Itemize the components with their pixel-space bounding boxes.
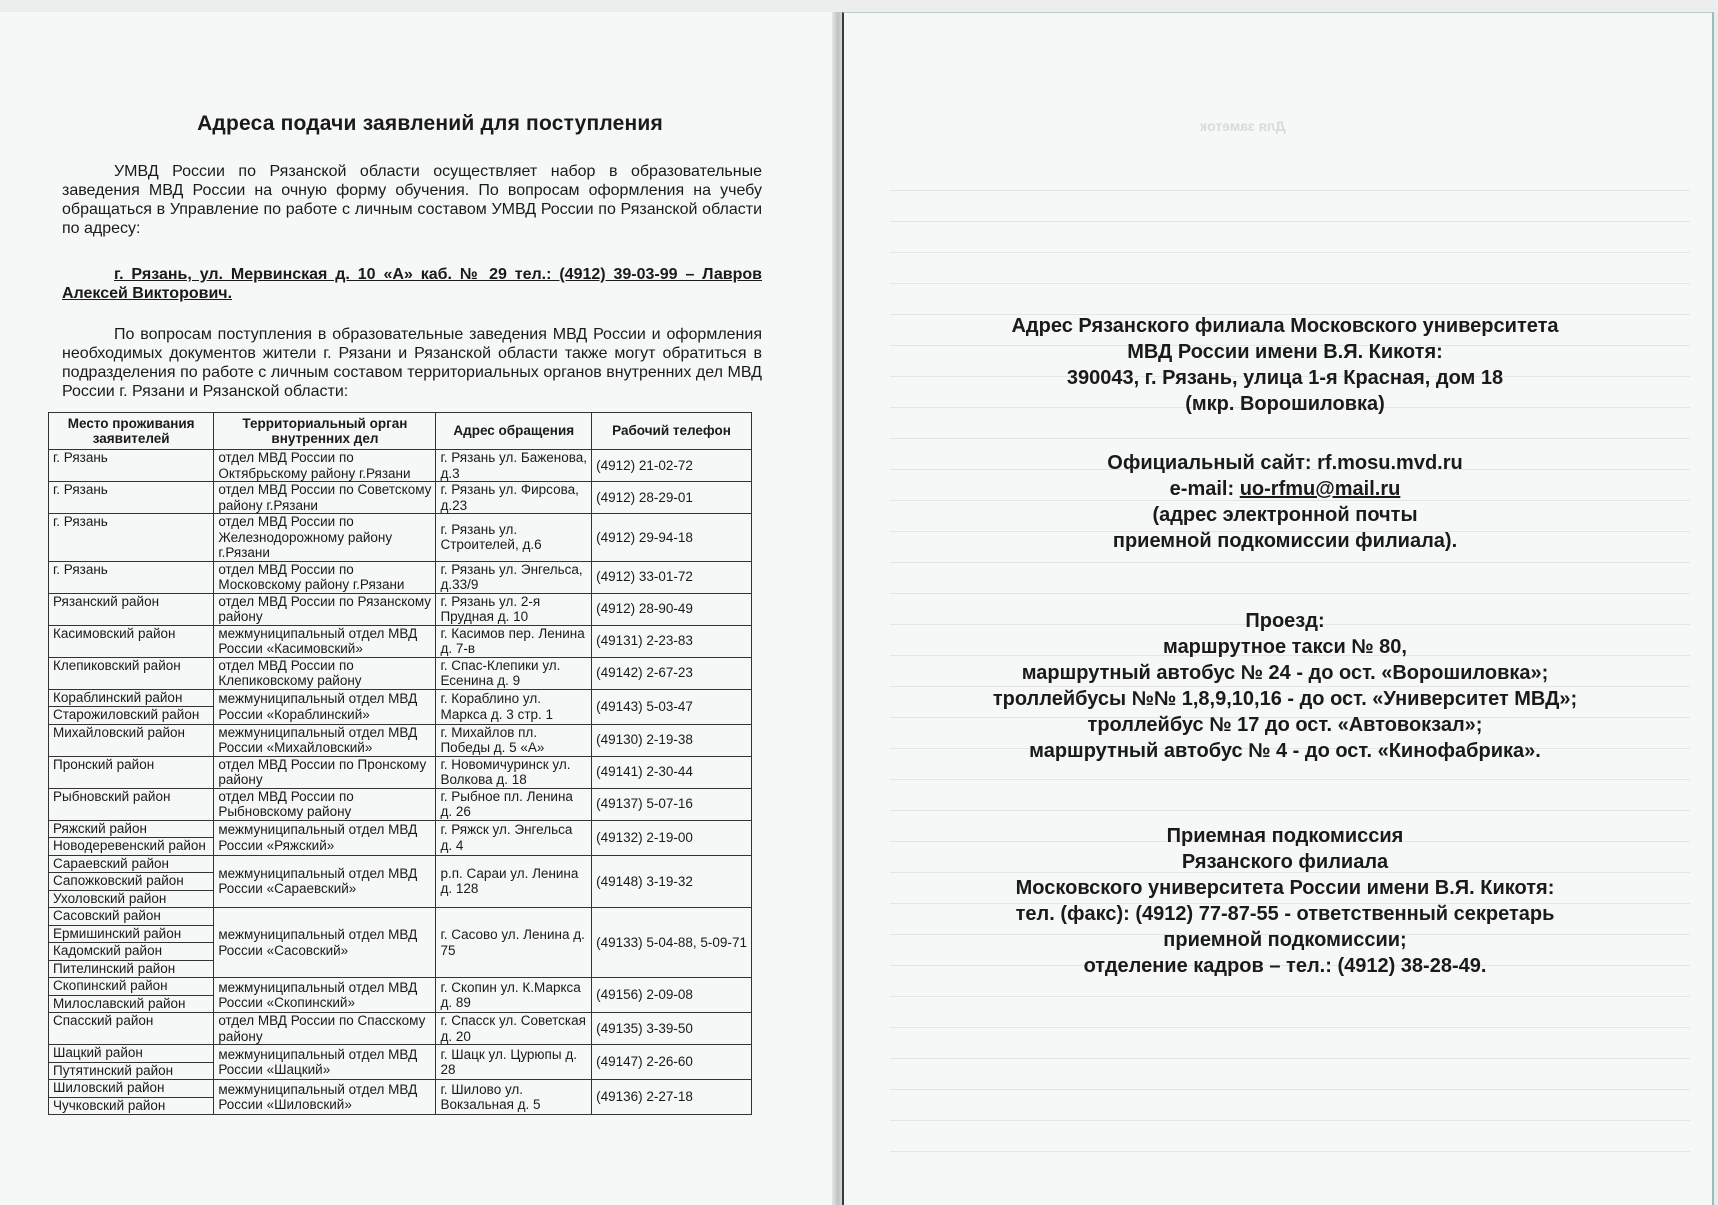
place-cell: Спасский район [49,1013,214,1045]
place-name: г. Рязань [49,562,213,579]
organ-cell: отдел МВД России по Клепиковскому району [214,657,436,689]
header-address: Адрес обращения [436,413,592,450]
territorial-intro-text: По вопросам поступления в образовательны… [62,326,762,400]
table-row: Сасовский районЕрмишинский районКадомски… [49,908,752,978]
place-cell: Кораблинский районСтарожиловский район [49,689,214,724]
address-cell: г. Шацк ул. Цурюпы д. 28 [436,1045,592,1080]
email-link[interactable]: uo-rfmu@mail.ru [1240,478,1401,500]
address-cell: г. Новомичуринск ул. Волкова д. 18 [436,756,592,788]
commission-line: тел. (факс): (4912) 77-87-55 - ответстве… [880,901,1690,927]
organ-cell: межмуниципальный отдел МВД России «Шацки… [214,1045,436,1080]
address-cell: г. Касимов пер. Ленина д. 7-в [436,625,592,657]
organ-cell: отдел МВД России по Рязанскому району [214,593,436,625]
place-name: Милославский район [49,996,213,1013]
units-table: Место проживания заявителей Территориаль… [48,412,752,1115]
place-name: Скопинский район [49,978,213,996]
place-cell: Сараевский районСапожковский районУхолов… [49,855,214,908]
table-row: г. Рязаньотдел МВД России по Железнодоро… [49,514,752,562]
phone-cell: (49156) 2-09-08 [592,978,752,1013]
email-note: приемной подкомиссии филиала). [880,528,1690,554]
place-name: г. Рязань [49,450,213,467]
phone-cell: (49133) 5-04-88, 5-09-71 [592,908,752,978]
place-cell: Сасовский районЕрмишинский районКадомски… [49,908,214,978]
email-line: e-mail: uo-rfmu@mail.ru [880,476,1690,502]
branch-address-line: Адрес Рязанского филиала Московского уни… [880,313,1690,339]
ruled-line [890,1151,1690,1152]
transport-line: троллейбусы №№ 1,8,9,10,16 - до ост. «Ун… [880,686,1690,712]
place-name: Шиловский район [49,1080,213,1098]
address-cell: г. Михайлов пл. Победы д. 5 «А» [436,724,592,756]
address-cell: г. Шилово ул. Вокзальная д. 5 [436,1080,592,1115]
organ-cell: отдел МВД России по Советскому району г.… [214,482,436,514]
table-row: г. Рязаньотдел МВД России по Московскому… [49,561,752,593]
place-cell: Михайловский район [49,724,214,756]
ruled-line [890,562,1690,563]
place-name: г. Рязань [49,514,213,531]
ruled-line [890,438,1690,439]
phone-cell: (4912) 29-94-18 [592,514,752,562]
commission-line: Московского университета России имени В.… [880,875,1690,901]
phone-cell: (4912) 21-02-72 [592,450,752,482]
organ-cell: межмуниципальный отдел МВД России «Скопи… [214,978,436,1013]
place-name: Рязанский район [49,594,213,611]
address-cell: г. Рязань ул. Фирсова, д.23 [436,482,592,514]
address-cell: г. Спасск ул. Советская д. 20 [436,1013,592,1045]
place-name: г. Рязань [49,482,213,499]
header-place: Место проживания заявителей [49,413,214,450]
place-name: Старожиловский район [49,707,213,724]
place-name: Сапожковский район [49,873,213,891]
address-cell: г. Ряжск ул. Энгельса д. 4 [436,820,592,855]
organ-cell: отдел МВД России по Октябрьскому району … [214,450,436,482]
address-cell: г. Рязань ул. Строителей, д.6 [436,514,592,562]
phone-cell: (49132) 2-19-00 [592,820,752,855]
phone-cell: (49136) 2-27-18 [592,1080,752,1115]
territorial-intro: По вопросам поступления в образовательны… [62,325,762,401]
place-name: Сараевский район [49,856,213,874]
place-name: Рыбновский район [49,789,213,806]
place-cell: Клепиковский район [49,657,214,689]
main-address: г. Рязань, ул. Мервинская д. 10 «А» каб.… [62,265,762,303]
organ-cell: межмуниципальный отдел МВД России «Сасов… [214,908,436,978]
intro-text: УМВД России по Рязанской области осущест… [62,163,762,237]
place-cell: Шиловский районЧучковский район [49,1080,214,1115]
ruled-line [890,1120,1690,1121]
commission-block: Приемная подкомиссия Рязанского филиала … [880,823,1690,979]
left-page: Адреса подачи заявлений для поступления … [0,12,837,1205]
commission-line: отделение кадров – тел.: (4912) 38-28-49… [880,953,1690,979]
table-row: Шацкий районПутятинский районмежмуниципа… [49,1045,752,1080]
place-cell: Касимовский район [49,625,214,657]
place-cell: Рыбновский район [49,788,214,820]
phone-cell: (49130) 2-19-38 [592,724,752,756]
place-cell: Скопинский районМилославский район [49,978,214,1013]
transport-line: маршрутный автобус № 24 - до ост. «Ворош… [880,660,1690,686]
address-cell: г. Рязань ул. Энгельса, д.33/9 [436,561,592,593]
place-cell: Рязанский район [49,593,214,625]
place-cell: г. Рязань [49,561,214,593]
place-name: Ряжский район [49,821,213,839]
place-name: Спасский район [49,1013,213,1030]
organ-cell: межмуниципальный отдел МВД России «Михай… [214,724,436,756]
table-row: Клепиковский районотдел МВД России по Кл… [49,657,752,689]
ruled-line [890,810,1690,811]
organ-cell: межмуниципальный отдел МВД России «Шилов… [214,1080,436,1115]
phone-cell: (49142) 2-67-23 [592,657,752,689]
table-row: Рязанский районотдел МВД России по Рязан… [49,593,752,625]
phone-cell: (49137) 5-07-16 [592,788,752,820]
phone-cell: (4912) 28-29-01 [592,482,752,514]
place-name: Новодеревенский район [49,838,213,855]
table-header-row: Место проживания заявителей Территориаль… [49,413,752,450]
ruled-line [890,283,1690,284]
organ-cell: межмуниципальный отдел МВД России «Кораб… [214,689,436,724]
table-row: Кораблинский районСтарожиловский районме… [49,689,752,724]
main-address-text: г. Рязань, ул. Мервинская д. 10 «А» каб.… [62,266,762,302]
commission-line: Рязанского филиала [880,849,1690,875]
place-cell: Ряжский районНоводеревенский район [49,820,214,855]
intro-paragraph: УМВД России по Рязанской области осущест… [62,162,762,238]
transport-line: троллейбус № 17 до ост. «Автовокзал»; [880,712,1690,738]
table-row: Ряжский районНоводеревенский районмежмун… [49,820,752,855]
official-site: Официальный сайт: rf.mosu.mvd.ru [880,450,1690,476]
place-name: Путятинский район [49,1063,213,1080]
organ-cell: отдел МВД России по Рыбновскому району [214,788,436,820]
branch-address-line: 390043, г. Рязань, улица 1-я Красная, до… [880,365,1690,391]
phone-cell: (49135) 3-39-50 [592,1013,752,1045]
ruled-line [890,1058,1690,1059]
place-name: Шацкий район [49,1045,213,1063]
address-cell: г. Спас-Клепики ул. Есенина д. 9 [436,657,592,689]
table-row: Скопинский районМилославский районмежмун… [49,978,752,1013]
organ-cell: межмуниципальный отдел МВД России «Сарае… [214,855,436,908]
ruled-line [890,221,1690,222]
address-cell: г. Сасово ул. Ленина д. 75 [436,908,592,978]
branch-address-block: Адрес Рязанского филиала Московского уни… [880,313,1690,417]
ruled-line [890,1089,1690,1090]
ruled-line [890,252,1690,253]
phone-cell: (49147) 2-26-60 [592,1045,752,1080]
ruled-line [890,190,1690,191]
phone-cell: (49131) 2-23-83 [592,625,752,657]
address-cell: г. Кораблино ул. Маркса д. 3 стр. 1 [436,689,592,724]
phone-cell: (49148) 3-19-32 [592,855,752,908]
organ-cell: отдел МВД России по Московскому району г… [214,561,436,593]
table-row: Сараевский районСапожковский районУхолов… [49,855,752,908]
show-through-header: Для заметок [1200,118,1286,134]
commission-line: Приемная подкомиссия [880,823,1690,849]
place-name: Ухоловский район [49,891,213,908]
place-name: Пителинский район [49,961,213,978]
address-cell: г. Рязань ул. Баженова, д.3 [436,450,592,482]
place-cell: г. Рязань [49,514,214,562]
place-name: Кораблинский район [49,690,213,708]
ruled-line [890,593,1690,594]
organ-cell: межмуниципальный отдел МВД России «Ряжск… [214,820,436,855]
place-name: Клепиковский район [49,658,213,675]
place-cell: Пронский район [49,756,214,788]
address-cell: г. Рыбное пл. Ленина д. 26 [436,788,592,820]
organ-cell: межмуниципальный отдел МВД России «Касим… [214,625,436,657]
ruled-line [890,779,1690,780]
place-cell: г. Рязань [49,450,214,482]
place-name: Сасовский район [49,908,213,926]
contacts-block: Официальный сайт: rf.mosu.mvd.ru e-mail:… [880,450,1690,554]
table-row: Рыбновский районотдел МВД России по Рыбн… [49,788,752,820]
table-row: Михайловский районмежмуниципальный отдел… [49,724,752,756]
place-cell: г. Рязань [49,482,214,514]
place-name: Чучковский район [49,1098,213,1115]
phone-cell: (4912) 28-90-49 [592,593,752,625]
transport-line: маршрутный автобус № 4 - до ост. «Кинофа… [880,738,1690,764]
organ-cell: отдел МВД России по Пронскому району [214,756,436,788]
commission-line: приемной подкомиссии; [880,927,1690,953]
transport-heading: Проезд: [880,608,1690,634]
table-row: Пронский районотдел МВД России по Пронск… [49,756,752,788]
email-note: (адрес электронной почты [880,502,1690,528]
phone-cell: (49143) 5-03-47 [592,689,752,724]
address-cell: г. Скопин ул. К.Маркса д. 89 [436,978,592,1013]
place-name: Пронский район [49,757,213,774]
branch-address-line: (мкр. Ворошиловка) [880,391,1690,417]
ruled-line [890,996,1690,997]
transport-block: Проезд: маршрутное такси № 80, маршрутны… [880,608,1690,764]
place-name: Ермишинский район [49,926,213,944]
table-row: Спасский районотдел МВД России по Спасск… [49,1013,752,1045]
header-organ: Территориальный орган внутренних дел [214,413,436,450]
phone-cell: (49141) 2-30-44 [592,756,752,788]
address-cell: г. Рязань ул. 2-я Прудная д. 10 [436,593,592,625]
units-table-body: г. Рязаньотдел МВД России по Октябрьском… [49,450,752,1115]
place-cell: Шацкий районПутятинский район [49,1045,214,1080]
table-row: Шиловский районЧучковский районмежмуници… [49,1080,752,1115]
place-name: Касимовский район [49,626,213,643]
transport-line: маршрутное такси № 80, [880,634,1690,660]
branch-address-line: МВД России имени В.Я. Кикотя: [880,339,1690,365]
organ-cell: отдел МВД России по Спасскому району [214,1013,436,1045]
place-name: Кадомский район [49,943,213,961]
table-row: г. Рязаньотдел МВД России по Октябрьском… [49,450,752,482]
ruled-line [890,1027,1690,1028]
phone-cell: (4912) 33-01-72 [592,561,752,593]
header-phone: Рабочий телефон [592,413,752,450]
address-cell: р.п. Сараи ул. Ленина д. 128 [436,855,592,908]
page-title: Адреса подачи заявлений для поступления [60,112,800,136]
place-name: Михайловский район [49,725,213,742]
organ-cell: отдел МВД России по Железнодорожному рай… [214,514,436,562]
email-label: e-mail: [1170,478,1240,500]
table-row: г. Рязаньотдел МВД России по Советскому … [49,482,752,514]
table-row: Касимовский районмежмуниципальный отдел … [49,625,752,657]
